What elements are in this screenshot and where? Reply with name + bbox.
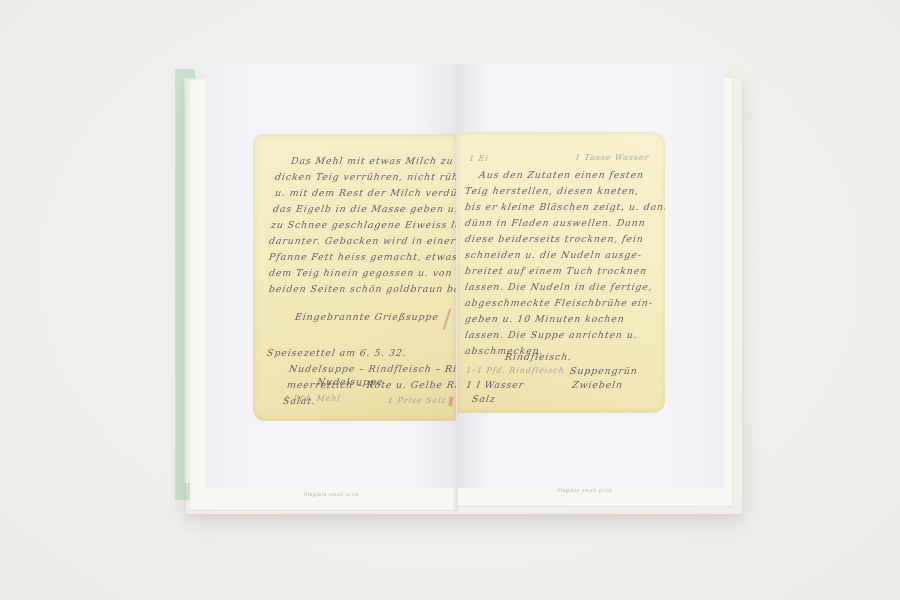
handwritten-heading: Nudelsuppe: [316, 377, 384, 388]
handwritten-line: schneiden u. die Nudeln ausge-: [464, 250, 642, 261]
handwritten-line: abgeschmeckte Fleischbrühe ein-: [464, 298, 653, 309]
handwritten-line: zu Schnee geschlagene Eiweiss leicht: [270, 220, 456, 231]
handwritten-line: 1 Ei: [468, 154, 489, 163]
handwritten-line: Salz: [471, 394, 496, 405]
handwritten-line: 1 Prise Salz: [387, 396, 453, 406]
footer-caption-left: illegible small print: [304, 493, 360, 498]
handwritten-line: bis er kleine Bläschen zeigt, u. dann: [464, 202, 665, 213]
handwritten-line: Nudelsuppe – Rindfleisch – Rind: [288, 364, 456, 375]
handwritten-line: darunter. Gebacken wird in einer: [268, 236, 456, 247]
handwritten-line: breitet auf einem Tuch trocknen: [464, 266, 648, 277]
handwritten-line: beiden Seiten schön goldbraun backen.: [268, 284, 456, 295]
handwritten-line: Teig herstellen, diesen kneten,: [464, 186, 640, 197]
handwritten-line: Zwiebeln: [571, 380, 623, 391]
handwritten-line: lassen. Die Nudeln in die fertige,: [464, 282, 653, 293]
handwritten-line: 1 l Wasser: [465, 380, 525, 391]
handwritten-line: u. mit dem Rest der Milch verdünnen: [274, 188, 456, 199]
handwritten-line: 1–1 Pfd. Rindfleisch: [465, 366, 565, 375]
handwritten-line: dünn in Fladen auswellen. Dann: [464, 218, 646, 229]
handwritten-line: diese beiderseits trocknen, fein: [464, 234, 644, 245]
handwritten-line: Aus den Zutaten einen festen: [478, 170, 644, 181]
handwritten-line: lassen. Die Suppe anrichten u.: [464, 330, 638, 341]
footer-caption-right: illegible small print: [557, 489, 613, 494]
handwritten-line: Pfanne Fett heiss gemacht, etwas von: [268, 252, 456, 263]
handwritten-line: 1 Tasse Wasser: [574, 153, 650, 162]
handwritten-line: dem Teig hinein gegossen u. von: [268, 268, 453, 279]
handwritten-line: Das Mehl mit etwas Milch zu einem: [290, 156, 456, 167]
handwritten-line: geben u. 10 Minuten kochen: [464, 314, 625, 325]
handwritten-heading: Speisezettel am 6. 5. 32.: [266, 348, 407, 359]
red-ink-mark: [443, 308, 452, 330]
handwritten-line: 1 Pfd. Mehl: [283, 394, 341, 403]
handwritten-line: Suppengrün: [569, 366, 638, 377]
handwritten-heading: Eingebrannte Grießsuppe: [294, 312, 439, 323]
handwritten-heading: Rindfleisch.: [504, 352, 573, 363]
handwritten-line: das Eigelb in die Masse geben u. das: [272, 204, 456, 215]
handwritten-line: dicken Teig verrühren, nicht rühren: [274, 172, 456, 183]
